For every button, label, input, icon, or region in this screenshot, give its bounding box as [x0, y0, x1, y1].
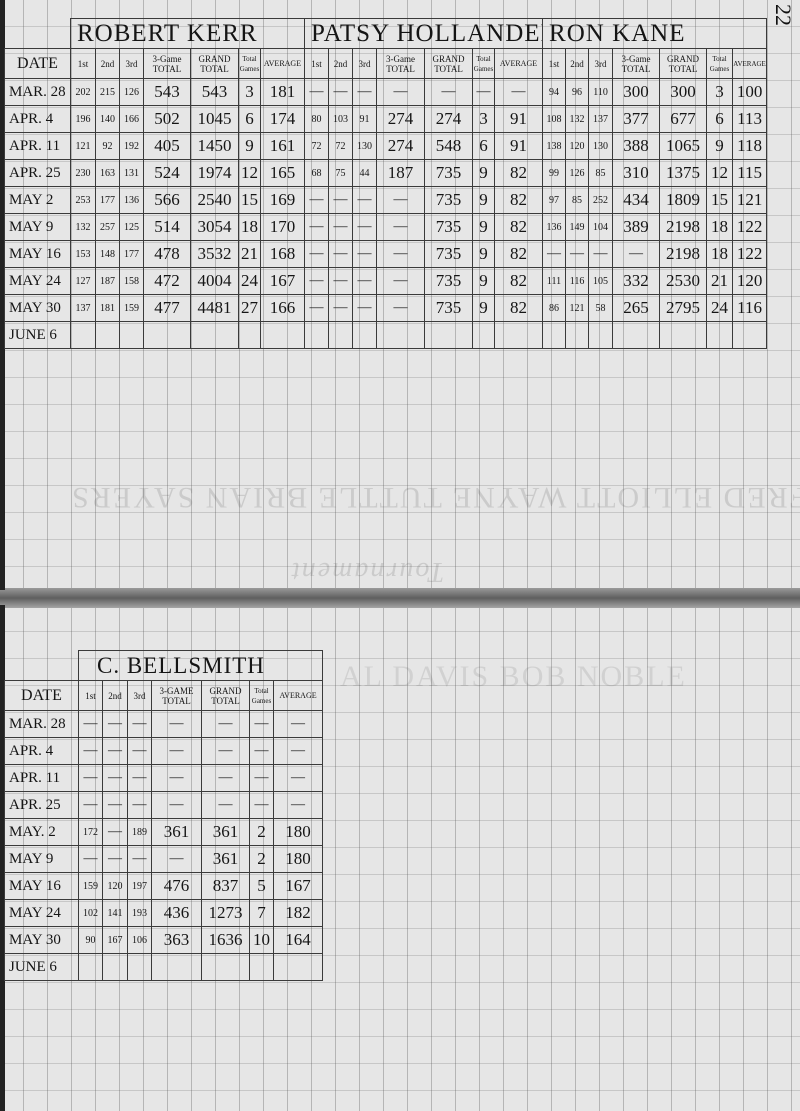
- bellsmith-cell: 172: [79, 819, 103, 846]
- date-cell: JUNE 6: [5, 954, 79, 981]
- kerr-cell: 196: [71, 106, 96, 133]
- hollander-cell: —: [353, 187, 377, 214]
- kerr-cell: 215: [96, 79, 120, 106]
- table-row: JUNE 6: [5, 954, 323, 981]
- bellsmith-cell: 476: [152, 873, 202, 900]
- bellsmith-cell: —: [202, 792, 250, 819]
- kane-cell: 85: [566, 187, 589, 214]
- bellsmith-cell: [202, 954, 250, 981]
- date-header: DATE: [5, 681, 79, 711]
- bellsmith-cell: —: [202, 765, 250, 792]
- kerr-cell: 132: [71, 214, 96, 241]
- bellsmith-cell: —: [128, 711, 152, 738]
- bellsmith-cell: —: [250, 711, 274, 738]
- hollander-cell: 3: [473, 106, 495, 133]
- top-ledger-table: ROBERT KERR PATSY HOLLANDER RON KANE DAT…: [4, 18, 767, 349]
- hollander-cell: 82: [495, 268, 543, 295]
- bellsmith-cell: —: [274, 765, 323, 792]
- bellsmith-cell: [79, 954, 103, 981]
- hollander-cell: —: [329, 79, 353, 106]
- hollander-cell: [329, 322, 353, 349]
- bellsmith-cell: —: [128, 738, 152, 765]
- bellsmith-cell: —: [79, 711, 103, 738]
- hollander-cell: [495, 322, 543, 349]
- kerr-cell: 253: [71, 187, 96, 214]
- bellsmith-cell: 102: [79, 900, 103, 927]
- hollander-cell: [473, 322, 495, 349]
- kerr-cell: 167: [261, 268, 305, 295]
- kerr-cell: 125: [120, 214, 144, 241]
- bellsmith-cell: 167: [103, 927, 128, 954]
- table-row: APR. 25———————: [5, 792, 323, 819]
- kane-cell: 118: [733, 133, 767, 160]
- bellsmith-cell: 180: [274, 846, 323, 873]
- kerr-cell: 177: [96, 187, 120, 214]
- hollander-cell: 82: [495, 295, 543, 322]
- hollander-cell: —: [305, 187, 329, 214]
- kane-cell: —: [543, 241, 566, 268]
- bellsmith-cell: 2: [250, 819, 274, 846]
- col-3-game-total: 3-Game TOTAL: [377, 49, 425, 79]
- hollander-cell: —: [353, 241, 377, 268]
- kerr-cell: 1974: [191, 160, 239, 187]
- kerr-cell: 514: [144, 214, 191, 241]
- bellsmith-cell: —: [103, 711, 128, 738]
- kane-cell: 252: [589, 187, 613, 214]
- bellsmith-cell: 164: [274, 927, 323, 954]
- bellsmith-cell: 120: [103, 873, 128, 900]
- hollander-cell: [425, 322, 473, 349]
- kane-cell: 86: [543, 295, 566, 322]
- col-3-game-total: 3-Game TOTAL: [613, 49, 660, 79]
- bellsmith-cell: —: [274, 738, 323, 765]
- kerr-cell: 15: [239, 187, 261, 214]
- hollander-cell: —: [377, 187, 425, 214]
- hollander-cell: 735: [425, 214, 473, 241]
- table-row: APR. 11———————: [5, 765, 323, 792]
- hollander-cell: 9: [473, 241, 495, 268]
- hollander-cell: 103: [329, 106, 353, 133]
- col-average: AVERAGE: [274, 681, 323, 711]
- hollander-cell: —: [377, 268, 425, 295]
- hollander-cell: —: [377, 241, 425, 268]
- kane-cell: 136: [543, 214, 566, 241]
- column-header-row: DATE 1st 2nd 3rd 3-Game TOTAL GRAND TOTA…: [5, 49, 767, 79]
- kane-cell: 389: [613, 214, 660, 241]
- kane-cell: 97: [543, 187, 566, 214]
- kane-cell: 116: [733, 295, 767, 322]
- bellsmith-cell: 361: [202, 819, 250, 846]
- date-cell: APR. 4: [5, 106, 71, 133]
- kerr-cell: 477: [144, 295, 191, 322]
- book-binding: [0, 588, 800, 608]
- bottom-ledger-body: MAR. 28———————APR. 4———————APR. 11——————…: [5, 711, 323, 981]
- hollander-cell: —: [425, 79, 473, 106]
- hollander-cell: 6: [473, 133, 495, 160]
- bleed-through-names: FRED ELLIOTT WAYNE TUTTLE BRIAN SAYERS: [70, 480, 800, 514]
- kane-cell: 121: [566, 295, 589, 322]
- hollander-cell: 91: [495, 106, 543, 133]
- bellsmith-cell: —: [274, 711, 323, 738]
- kerr-cell: 140: [96, 106, 120, 133]
- hollander-cell: —: [353, 295, 377, 322]
- table-row: MAR. 282022151265435433181———————9496110…: [5, 79, 767, 106]
- kerr-cell: 3054: [191, 214, 239, 241]
- date-cell: APR. 25: [5, 792, 79, 819]
- bellsmith-cell: 197: [128, 873, 152, 900]
- hollander-cell: —: [473, 79, 495, 106]
- table-row: MAY 30137181159477448127166————735982861…: [5, 295, 767, 322]
- bellsmith-cell: —: [79, 765, 103, 792]
- kerr-cell: 170: [261, 214, 305, 241]
- hollander-cell: —: [353, 79, 377, 106]
- hollander-cell: 82: [495, 241, 543, 268]
- bellsmith-cell: —: [103, 792, 128, 819]
- col-2nd: 2nd: [103, 681, 128, 711]
- bellsmith-cell: 1273: [202, 900, 250, 927]
- bellsmith-cell: 180: [274, 819, 323, 846]
- kane-cell: [543, 322, 566, 349]
- bellsmith-cell: 193: [128, 900, 152, 927]
- table-row: MAY 9————3612180: [5, 846, 323, 873]
- hollander-cell: 735: [425, 268, 473, 295]
- date-cell: MAY 16: [5, 241, 71, 268]
- hollander-cell: 72: [329, 133, 353, 160]
- bellsmith-cell: 159: [79, 873, 103, 900]
- bellsmith-cell: —: [79, 738, 103, 765]
- date-cell: APR. 25: [5, 160, 71, 187]
- col-total-games: Total Games: [239, 49, 261, 79]
- kerr-cell: 18: [239, 214, 261, 241]
- col-3rd: 3rd: [128, 681, 152, 711]
- kane-cell: 677: [660, 106, 707, 133]
- col-1st: 1st: [79, 681, 103, 711]
- hollander-cell: 130: [353, 133, 377, 160]
- hollander-cell: —: [377, 79, 425, 106]
- date-cell: MAY 2: [5, 187, 71, 214]
- kerr-cell: 121: [71, 133, 96, 160]
- hollander-cell: —: [329, 268, 353, 295]
- date-cell: APR. 11: [5, 765, 79, 792]
- date-cell: MAY. 2: [5, 819, 79, 846]
- hollander-cell: 82: [495, 214, 543, 241]
- col-total-games: Total Games: [250, 681, 274, 711]
- bellsmith-cell: 436: [152, 900, 202, 927]
- table-row: APR. 4———————: [5, 738, 323, 765]
- hollander-cell: 91: [495, 133, 543, 160]
- kerr-cell: 2540: [191, 187, 239, 214]
- col-3-game-total: 3-GAME TOTAL: [152, 681, 202, 711]
- kane-cell: 115: [733, 160, 767, 187]
- bellsmith-cell: 363: [152, 927, 202, 954]
- date-cell: MAY 16: [5, 873, 79, 900]
- date-cell: MAR. 28: [5, 711, 79, 738]
- hollander-cell: 735: [425, 241, 473, 268]
- hollander-cell: —: [305, 268, 329, 295]
- col-2nd: 2nd: [96, 49, 120, 79]
- kane-cell: 122: [733, 241, 767, 268]
- kerr-cell: 3: [239, 79, 261, 106]
- kane-cell: 15: [707, 187, 733, 214]
- table-row: APR. 25230163131524197412165687544187735…: [5, 160, 767, 187]
- table-row: MAY 161591201974768375167: [5, 873, 323, 900]
- kerr-cell: 181: [96, 295, 120, 322]
- bellsmith-cell: —: [128, 792, 152, 819]
- table-row: JUNE 6: [5, 322, 767, 349]
- bellsmith-cell: —: [202, 711, 250, 738]
- hollander-cell: —: [305, 214, 329, 241]
- bellsmith-cell: —: [128, 846, 152, 873]
- kerr-cell: [144, 322, 191, 349]
- hollander-cell: 735: [425, 295, 473, 322]
- kerr-cell: 177: [120, 241, 144, 268]
- col-average: AVERAGE: [495, 49, 543, 79]
- kane-cell: 2530: [660, 268, 707, 295]
- hollander-cell: —: [305, 241, 329, 268]
- bellsmith-cell: 10: [250, 927, 274, 954]
- kerr-cell: 257: [96, 214, 120, 241]
- kane-cell: [566, 322, 589, 349]
- col-1st: 1st: [71, 49, 96, 79]
- hollander-cell: 80: [305, 106, 329, 133]
- hollander-cell: 9: [473, 268, 495, 295]
- col-2nd: 2nd: [566, 49, 589, 79]
- bellsmith-cell: —: [250, 765, 274, 792]
- kane-cell: 21: [707, 268, 733, 295]
- kerr-cell: 159: [120, 295, 144, 322]
- hollander-cell: 75: [329, 160, 353, 187]
- kerr-cell: 21: [239, 241, 261, 268]
- kerr-cell: 1045: [191, 106, 239, 133]
- kerr-cell: 472: [144, 268, 191, 295]
- kane-cell: 2198: [660, 214, 707, 241]
- bellsmith-cell: [103, 954, 128, 981]
- kane-cell: 6: [707, 106, 733, 133]
- hollander-cell: —: [353, 268, 377, 295]
- bottom-ledger-table: C. BELLSMITH DATE 1st 2nd 3rd 3-GAME TOT…: [4, 650, 323, 981]
- kerr-cell: [96, 322, 120, 349]
- kane-cell: 122: [733, 214, 767, 241]
- hollander-cell: 44: [353, 160, 377, 187]
- bellsmith-cell: 141: [103, 900, 128, 927]
- kane-cell: 104: [589, 214, 613, 241]
- bellsmith-cell: 182: [274, 900, 323, 927]
- kane-cell: [613, 322, 660, 349]
- hollander-cell: —: [353, 214, 377, 241]
- bellsmith-cell: —: [79, 846, 103, 873]
- date-header: DATE: [5, 49, 71, 79]
- kane-cell: 388: [613, 133, 660, 160]
- date-cell: MAY 9: [5, 846, 79, 873]
- date-cell: MAY 9: [5, 214, 71, 241]
- kane-cell: [707, 322, 733, 349]
- table-row: APR. 41961401665021045617480103912742743…: [5, 106, 767, 133]
- hollander-cell: —: [329, 187, 353, 214]
- hollander-cell: 187: [377, 160, 425, 187]
- bellsmith-cell: —: [152, 711, 202, 738]
- erased-names: AL DAVIS BOB NOBLE: [340, 660, 687, 694]
- bellsmith-cell: 837: [202, 873, 250, 900]
- col-1st: 1st: [543, 49, 566, 79]
- kerr-cell: 230: [71, 160, 96, 187]
- hollander-cell: —: [329, 214, 353, 241]
- kerr-cell: 168: [261, 241, 305, 268]
- bellsmith-cell: —: [103, 846, 128, 873]
- kane-cell: 116: [566, 268, 589, 295]
- col-3rd: 3rd: [589, 49, 613, 79]
- bowler-name-kane: RON KANE: [543, 19, 767, 49]
- kane-cell: 2198: [660, 241, 707, 268]
- date-cell: MAY 24: [5, 900, 79, 927]
- bowler-name-bellsmith: C. BELLSMITH: [79, 651, 323, 681]
- kerr-cell: 163: [96, 160, 120, 187]
- hollander-cell: 82: [495, 160, 543, 187]
- kerr-cell: 405: [144, 133, 191, 160]
- table-row: MAY 2253177136566254015169————7359829785…: [5, 187, 767, 214]
- kerr-cell: 9: [239, 133, 261, 160]
- kerr-cell: 137: [71, 295, 96, 322]
- col-3rd: 3rd: [120, 49, 144, 79]
- kerr-cell: 478: [144, 241, 191, 268]
- bellsmith-cell: —: [79, 792, 103, 819]
- hollander-cell: 274: [377, 106, 425, 133]
- hollander-cell: [377, 322, 425, 349]
- kane-cell: 94: [543, 79, 566, 106]
- kane-cell: 332: [613, 268, 660, 295]
- date-cell: APR. 11: [5, 133, 71, 160]
- kerr-cell: 502: [144, 106, 191, 133]
- kerr-cell: 127: [71, 268, 96, 295]
- kane-cell: 137: [589, 106, 613, 133]
- hollander-cell: —: [329, 295, 353, 322]
- kerr-cell: 3532: [191, 241, 239, 268]
- kane-cell: 108: [543, 106, 566, 133]
- hollander-cell: 91: [353, 106, 377, 133]
- kerr-cell: 202: [71, 79, 96, 106]
- kane-cell: 120: [733, 268, 767, 295]
- col-average: AVERAGE: [733, 49, 767, 79]
- kane-cell: —: [589, 241, 613, 268]
- bellsmith-cell: 90: [79, 927, 103, 954]
- table-row: APR. 11121921924051450916172721302745486…: [5, 133, 767, 160]
- kerr-cell: 1450: [191, 133, 239, 160]
- kerr-cell: 6: [239, 106, 261, 133]
- bellsmith-cell: 167: [274, 873, 323, 900]
- kane-cell: 130: [589, 133, 613, 160]
- col-total-games: Total Games: [707, 49, 733, 79]
- hollander-cell: —: [329, 241, 353, 268]
- bellsmith-cell: 106: [128, 927, 152, 954]
- col-1st: 1st: [305, 49, 329, 79]
- hollander-cell: —: [377, 214, 425, 241]
- kane-cell: 3: [707, 79, 733, 106]
- bellsmith-cell: —: [152, 792, 202, 819]
- kane-cell: 1375: [660, 160, 707, 187]
- kane-cell: 99: [543, 160, 566, 187]
- kerr-cell: 174: [261, 106, 305, 133]
- bellsmith-cell: 1636: [202, 927, 250, 954]
- col-grand-total: GRAND TOTAL: [660, 49, 707, 79]
- kane-cell: 18: [707, 214, 733, 241]
- bellsmith-cell: —: [202, 738, 250, 765]
- kerr-cell: 27: [239, 295, 261, 322]
- kane-cell: 138: [543, 133, 566, 160]
- date-cell: MAY 24: [5, 268, 71, 295]
- date-cell: MAR. 28: [5, 79, 71, 106]
- kerr-cell: 4004: [191, 268, 239, 295]
- kerr-cell: 153: [71, 241, 96, 268]
- kerr-cell: 566: [144, 187, 191, 214]
- kerr-cell: [239, 322, 261, 349]
- kane-cell: 9: [707, 133, 733, 160]
- kane-cell: 105: [589, 268, 613, 295]
- kane-cell: 85: [589, 160, 613, 187]
- kane-cell: 1809: [660, 187, 707, 214]
- kerr-cell: [191, 322, 239, 349]
- kerr-cell: 161: [261, 133, 305, 160]
- kane-cell: [660, 322, 707, 349]
- kane-cell: 18: [707, 241, 733, 268]
- kane-cell: 300: [660, 79, 707, 106]
- kerr-cell: 4481: [191, 295, 239, 322]
- kerr-cell: 192: [120, 133, 144, 160]
- col-total-games: Total Games: [473, 49, 495, 79]
- col-3-game-total: 3-Game TOTAL: [144, 49, 191, 79]
- bellsmith-cell: —: [250, 738, 274, 765]
- kerr-cell: 543: [144, 79, 191, 106]
- hollander-cell: —: [377, 295, 425, 322]
- kane-cell: 377: [613, 106, 660, 133]
- kane-cell: —: [566, 241, 589, 268]
- column-header-row: DATE 1st 2nd 3rd 3-GAME TOTAL GRAND TOTA…: [5, 681, 323, 711]
- kane-cell: 110: [589, 79, 613, 106]
- bellsmith-cell: 189: [128, 819, 152, 846]
- bellsmith-cell: 5: [250, 873, 274, 900]
- hollander-cell: 735: [425, 187, 473, 214]
- hollander-cell: 82: [495, 187, 543, 214]
- col-3rd: 3rd: [353, 49, 377, 79]
- table-row: MAR. 28———————: [5, 711, 323, 738]
- bellsmith-cell: 361: [202, 846, 250, 873]
- table-row: MAY 16153148177478353221168————735982———…: [5, 241, 767, 268]
- bellsmith-cell: —: [103, 819, 128, 846]
- kane-cell: 2795: [660, 295, 707, 322]
- kerr-cell: 12: [239, 160, 261, 187]
- bellsmith-cell: —: [274, 792, 323, 819]
- col-grand-total: GRAND TOTAL: [191, 49, 239, 79]
- kerr-cell: [261, 322, 305, 349]
- date-cell: MAY 30: [5, 927, 79, 954]
- kerr-cell: [120, 322, 144, 349]
- col-average: AVERAGE: [261, 49, 305, 79]
- hollander-cell: 274: [425, 106, 473, 133]
- bellsmith-cell: —: [103, 738, 128, 765]
- bellsmith-cell: —: [152, 846, 202, 873]
- kane-cell: 126: [566, 160, 589, 187]
- bellsmith-cell: —: [152, 765, 202, 792]
- hollander-cell: 9: [473, 187, 495, 214]
- date-cell: MAY 30: [5, 295, 71, 322]
- bellsmith-cell: [250, 954, 274, 981]
- kane-cell: —: [613, 241, 660, 268]
- kane-cell: 111: [543, 268, 566, 295]
- kane-cell: 310: [613, 160, 660, 187]
- hollander-cell: [305, 322, 329, 349]
- kane-cell: 300: [613, 79, 660, 106]
- hollander-cell: —: [305, 79, 329, 106]
- kerr-cell: 24: [239, 268, 261, 295]
- bellsmith-cell: [128, 954, 152, 981]
